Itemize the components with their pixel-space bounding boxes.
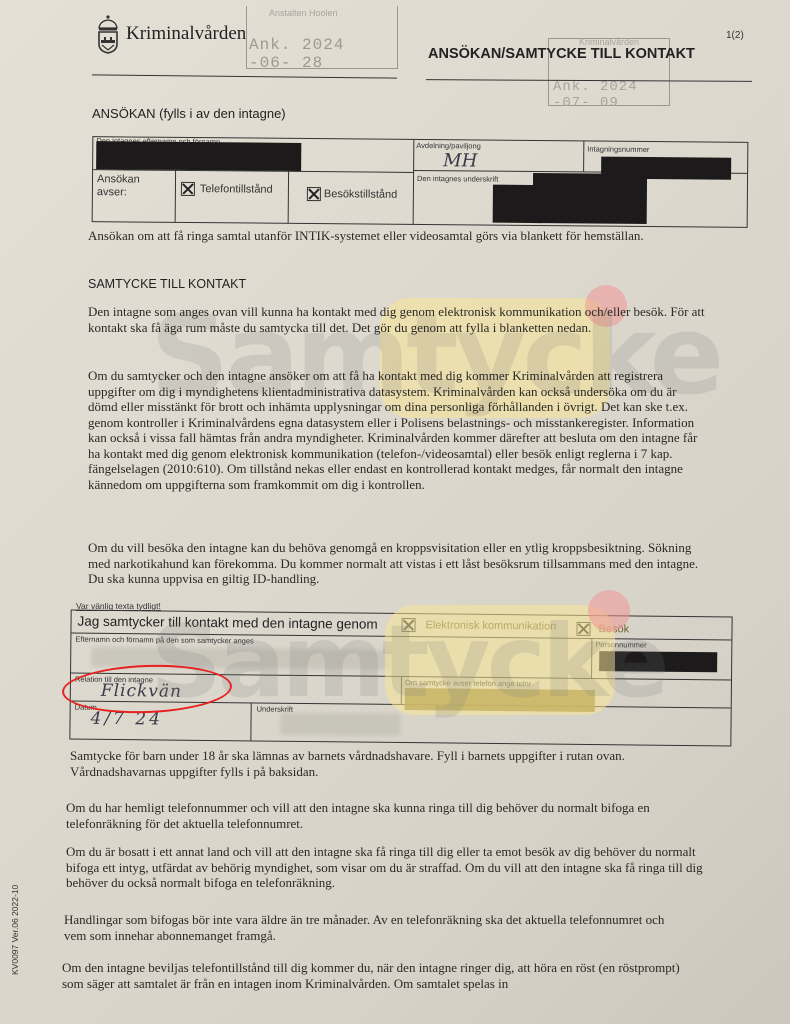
application-form: Den intagnes efternamn och förnamn Avdel… (92, 136, 749, 228)
footer-paragraph-3: Om du är bosatt i ett annat land och vil… (66, 844, 706, 891)
intro-text: Ansökan om att få ringa samtal utanför I… (88, 228, 688, 244)
checkbox-checked-icon[interactable] (401, 618, 415, 632)
inmate-number-label: Intagningsnummer (587, 144, 649, 154)
consenter-name-label: Efternamn och förnamn på den som samtyck… (75, 635, 254, 646)
personal-number-label: Personnummer (595, 640, 646, 650)
checkbox-checked-icon[interactable] (307, 187, 321, 201)
form-code: KV0097 Ver.06 2022-10 (10, 885, 20, 975)
header-divider (92, 74, 397, 78)
footer-paragraph-1: Samtycke för barn under 18 år ska lämnas… (70, 748, 720, 779)
stamp-label: Anstalten Hoolen (269, 8, 338, 18)
stamp-date: Ank. 2024 -06- 28 (249, 36, 397, 72)
kriminalvarden-logo: Kriminalvården (96, 14, 246, 54)
department-label: Avdelning/paviljong (416, 141, 481, 151)
department-value: MH (443, 150, 477, 171)
signature-redacted (533, 173, 647, 224)
phone-label: Om samtycke avser telefon ange telnr (405, 678, 531, 688)
phone-redacted (405, 688, 595, 712)
footer-paragraph-5: Om den intagne beviljas telefontillstånd… (62, 960, 682, 991)
consent-paragraph-3: Om du vill besöka den intagne kan du beh… (88, 540, 708, 587)
application-section-title: ANSÖKAN (fylls i av den intagne) (92, 106, 286, 121)
page-number: 1(2) (726, 30, 744, 41)
option-elektronisk[interactable]: Elektronisk kommunikation (401, 618, 556, 634)
option-label: Besök (598, 623, 629, 635)
option-besok[interactable]: Besökstillstånd (307, 187, 397, 202)
signature-blurred (280, 713, 400, 736)
inmate-name-redacted (96, 141, 301, 171)
brand-name: Kriminalvården (126, 23, 246, 45)
applies-label: Ansökan avser: (97, 173, 167, 200)
option-label: Telefontillstånd (200, 183, 273, 196)
checkbox-checked-icon[interactable] (181, 182, 195, 196)
checkbox-checked-icon[interactable] (576, 622, 590, 636)
option-label: Besökstillstånd (324, 188, 397, 201)
footer-paragraph-2: Om du har hemligt telefonnummer och vill… (66, 800, 716, 831)
consent-section-title: SAMTYCKE TILL KONTAKT (88, 277, 246, 291)
crown-shield-icon (96, 14, 120, 54)
option-label: Elektronisk kommunikation (425, 619, 556, 632)
option-besok[interactable]: Besök (576, 622, 629, 637)
option-telefon[interactable]: Telefontillstånd (181, 182, 273, 197)
signature-label: Den intagnes underskrift (417, 174, 498, 184)
consent-paragraph-2: Om du samtycker och den intagne ansöker … (88, 368, 708, 492)
received-stamp: Anstalten Hoolen Ank. 2024 -06- 28 (246, 6, 398, 69)
consent-statement: Jag samtycker till kontakt med den intag… (77, 614, 377, 632)
consent-paragraph-1: Den intagne som anges ovan vill kunna ha… (88, 304, 708, 335)
personal-number-redacted (599, 651, 717, 672)
document-title: ANSÖKAN/SAMTYCKE TILL KONTAKT (428, 46, 695, 62)
stamp-date: Ank. 2024 -07- 09 (553, 79, 669, 111)
footer-paragraph-4: Handlingar som bifogas bör inte vara äld… (64, 912, 684, 943)
